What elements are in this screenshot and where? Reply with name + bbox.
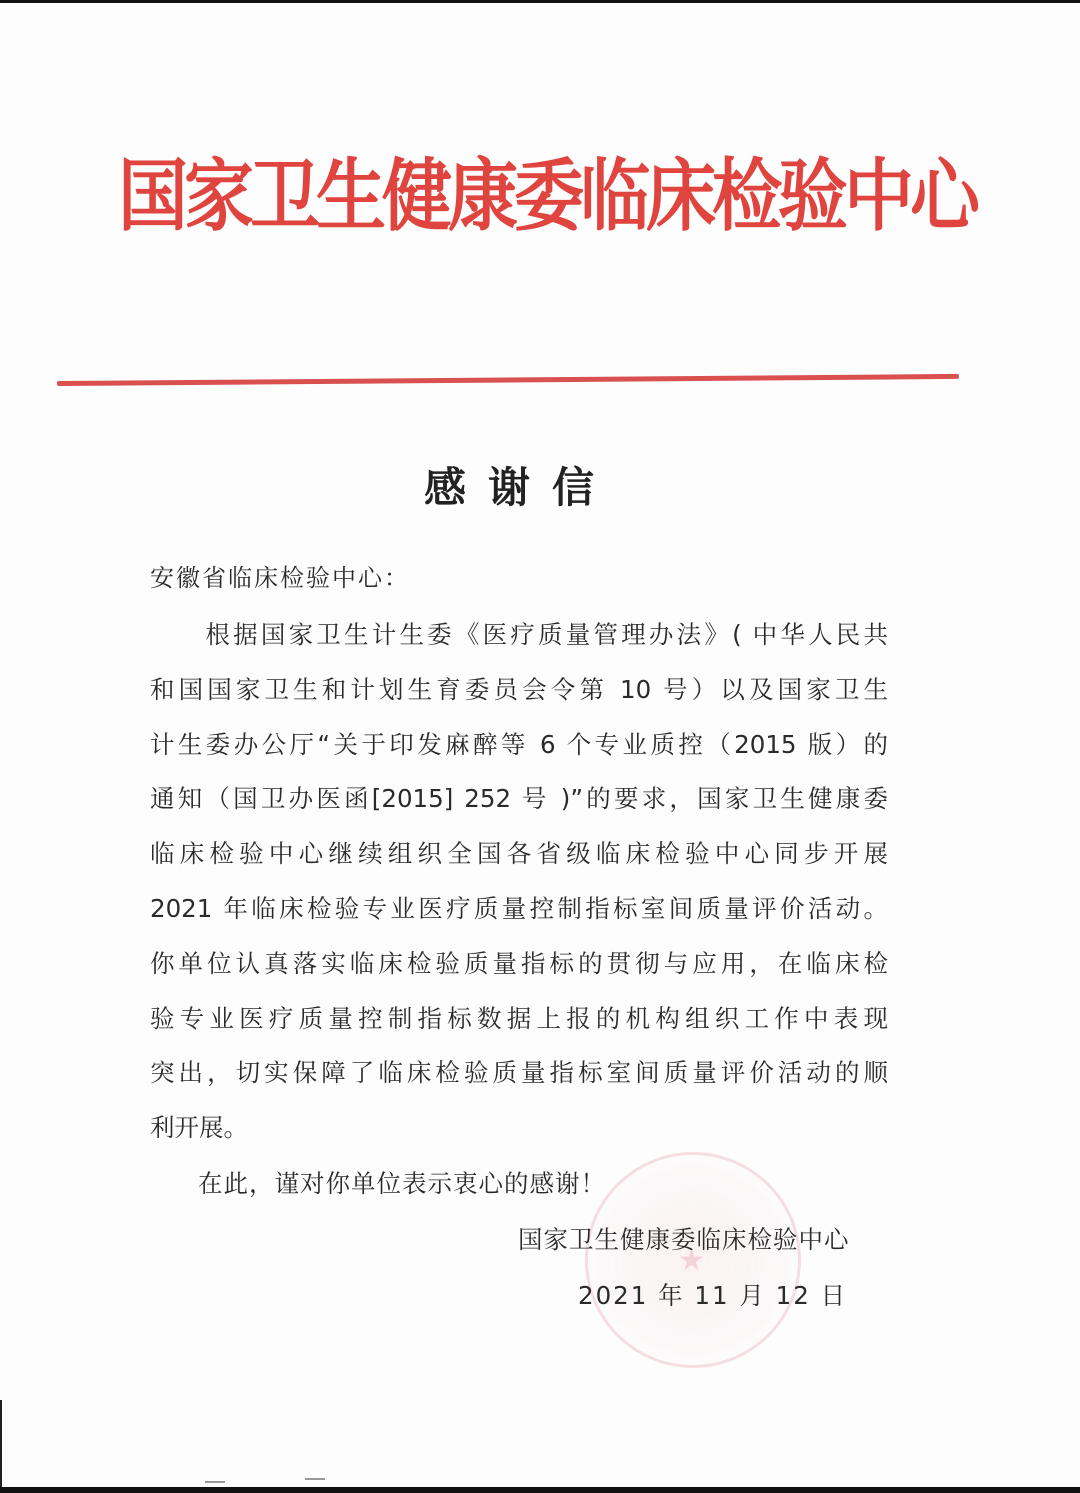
scan-top-border <box>0 0 1080 3</box>
body-line: 通知（国卫办医函[2015] 252 号 )”的要求，国家卫生健康委 <box>150 772 888 827</box>
scan-bottom-border <box>0 1487 1080 1493</box>
body-line: 根据国家卫生计生委《医疗质量管理办法》( 中华人民共 <box>150 608 888 663</box>
body-line: 和国国家卫生和计划生育委员会令第 10 号）以及国家卫生 <box>150 663 888 718</box>
scan-artifact <box>305 1478 325 1480</box>
letter-signature: 国家卫生健康委临床检验中心 <box>518 1220 850 1260</box>
body-line: 2021 年临床检验专业医疗质量控制指标室间质量评价活动。 <box>150 882 888 937</box>
letter-body: 根据国家卫生计生委《医疗质量管理办法》( 中华人民共 和国国家卫生和计划生育委员… <box>150 608 888 1156</box>
body-line: 临床检验中心继续组织全国各省级临床检验中心同步开展 <box>150 827 888 882</box>
body-line: 突出，切实保障了临床检验质量指标室间质量评价活动的顺 <box>150 1046 888 1101</box>
body-line: 验专业医疗质量控制指标数据上报的机构组织工作中表现 <box>150 992 888 1047</box>
body-line: 你单位认真落实临床检验质量指标的贯彻与应用，在临床检 <box>150 937 888 992</box>
letter-title: 感谢信 <box>0 458 1040 518</box>
scan-artifact <box>205 1481 225 1483</box>
letter-salutation: 安徽省临床检验中心： <box>150 558 410 598</box>
letterhead-organization: 国家卫生健康委临床检验中心 <box>118 140 898 252</box>
body-line: 利开展。 <box>150 1101 888 1156</box>
letter-date: 2021 年 11 月 12 日 <box>578 1276 847 1316</box>
official-seal-stamp: ★ <box>585 1152 801 1368</box>
letter-closing: 在此，谨对你单位表示衷心的感谢！ <box>198 1164 606 1204</box>
letterhead-red-rule <box>57 374 959 386</box>
scan-left-border <box>0 1400 2 1493</box>
body-line: 计生委办公厅“关于印发麻醉等 6 个专业质控（2015 版）的 <box>150 718 888 773</box>
